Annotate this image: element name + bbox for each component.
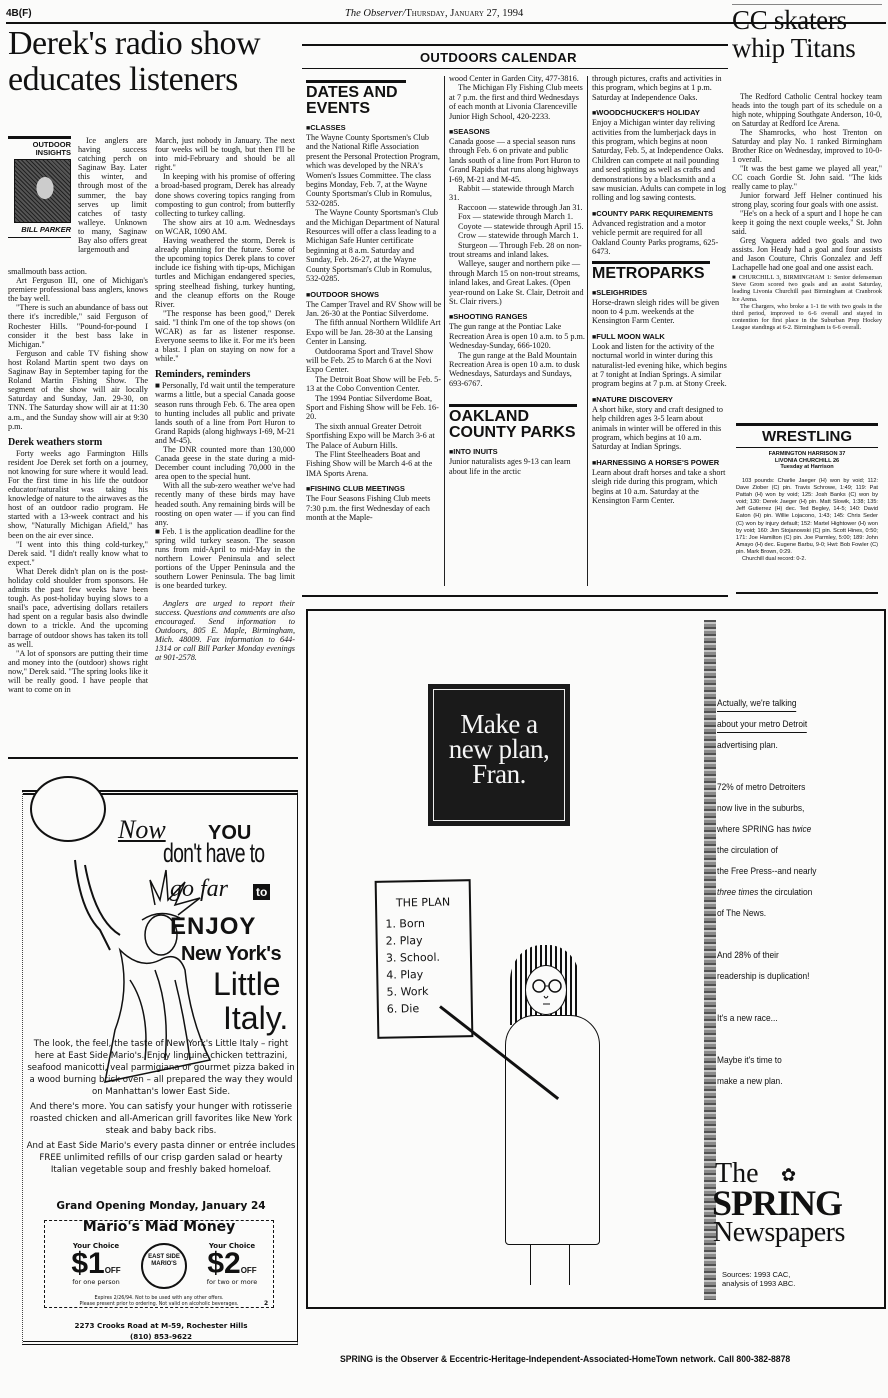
phone: (810) 853-9622 <box>26 1331 296 1342</box>
story-text-lead: Ice anglers are having success catching … <box>78 136 147 254</box>
copy-line: And 28% of their <box>717 945 862 966</box>
plan-list: 1. Born 2. Play 3. School. 4. Play 5. Wo… <box>385 914 471 1017</box>
ad-line-dont: don't have to <box>163 838 264 869</box>
category-head: SHOOTING RANGES <box>449 312 585 322</box>
amount: $2 <box>207 1247 240 1280</box>
plan-item: 4. Play <box>386 965 470 983</box>
column-sig-rule-bottom <box>8 237 71 238</box>
paragraph: With all the sub-zero weather we've had … <box>155 481 295 526</box>
fine-line: Please present prior to ordering. Not va… <box>44 1302 274 1308</box>
listing: Advanced registration and a motor vehicl… <box>592 219 728 257</box>
hockey-headline: CC skaters whip Titans <box>732 6 888 62</box>
section-head-metroparks: METROPARKS <box>592 261 710 282</box>
listing: Learn about draft horses and take a shor… <box>592 468 728 506</box>
grand-opening: Grand Opening Monday, January 24 <box>26 1200 296 1212</box>
calendar-title: OUTDOORS CALENDAR <box>420 50 577 65</box>
easel-title: THE PLAN <box>377 895 469 910</box>
paragraph: "I went into this thing cold-turkey," De… <box>8 540 148 567</box>
ad-word-italy: Italy. <box>223 1000 288 1037</box>
for-label: for one person <box>56 1278 136 1286</box>
listing: The Michigan Fly Fishing Club meets at 7… <box>449 83 585 121</box>
category-head: FULL MOON WALK <box>592 332 728 342</box>
calendar-top-rule <box>302 44 728 46</box>
coupon-right: Your Choice $2OFF for two or more <box>192 1242 272 1286</box>
address: 2273 Crooks Road at M-59, Rochester Hill… <box>26 1320 296 1331</box>
ad-paragraph: And at East Side Mario's every pasta din… <box>26 1140 296 1176</box>
ad-word-to: to <box>253 884 270 900</box>
category-head: FISHING CLUB MEETINGS <box>306 484 442 494</box>
sources: Sources: 1993 CAC, analysis of 1993 ABC. <box>722 1270 795 1288</box>
spring-footer: SPRING is the Observer & Eccentric-Herit… <box>340 1354 790 1364</box>
sources-line: analysis of 1993 ABC. <box>722 1279 795 1288</box>
paragraph: "The response has been good," Derek said… <box>155 309 295 364</box>
wrestling-results: 103 pounds: Charlie Jaeger (H) won by vo… <box>736 478 878 563</box>
ad-copy: The look, the feel, the taste of New Yor… <box>26 1038 296 1179</box>
logo-spring: SPRING <box>712 1186 842 1220</box>
ad-word-enjoy: ENJOY <box>170 913 256 941</box>
paragraph: Ice anglers are having success catching … <box>78 136 147 254</box>
paragraph: March, just nobody in January. The next … <box>155 136 295 172</box>
fine-print: Expires 2/26/94. Not to be used with any… <box>44 1296 274 1308</box>
coupon-number: 2 <box>264 1300 268 1307</box>
copy-line: the circulation <box>758 887 812 898</box>
paragraph: Art Ferguson III, one of Michigan's prem… <box>8 276 148 303</box>
calendar-column-3: through pictures, crafts and activities … <box>592 74 728 505</box>
copy-line: advertising plan. <box>717 735 862 756</box>
calendar-title-rule <box>302 68 728 69</box>
logo-newspapers: Newspapers <box>713 1218 845 1248</box>
paragraph: ■ Feb. 1 is the application deadline for… <box>155 527 295 591</box>
copy-line: Actually, we're talking <box>717 697 797 712</box>
listing: The fifth annual Northern Wildlife Art E… <box>306 318 442 346</box>
category-head: COUNTY PARK REQUIREMENTS <box>592 209 728 219</box>
woman-body-icon <box>505 1015 600 1245</box>
page-folio: 4B(F) <box>6 8 32 19</box>
subhead: Derek weathers storm <box>8 437 148 448</box>
paragraph: The DNR counted more than 130,000 Canada… <box>155 445 295 481</box>
listing: Crow — statewide through March 1. <box>449 231 585 240</box>
box-line: Fran. <box>428 762 570 787</box>
copy-line: where SPRING has <box>717 824 792 835</box>
ad-line-gofar: go far <box>170 876 228 903</box>
paragraph: In keeping with his promise of offering … <box>155 172 295 217</box>
paragraph: "A lot of sponsors are putting their tim… <box>8 649 148 694</box>
story-column-1: smallmouth bass action. Art Ferguson III… <box>8 267 148 694</box>
listing: The gun range at the Bald Mountain Recre… <box>449 351 585 389</box>
column-label: OUTDOOR INSIGHTS <box>8 141 71 157</box>
listing: Enjoy a Michigan winter day reliving act… <box>592 118 728 203</box>
listing: The Detroit Boat Show will be Feb. 5-13 … <box>306 375 442 394</box>
paragraph: Junior forward Jeff Helner continued his… <box>732 191 882 209</box>
paragraph: The Shamrocks, who host Trenton on Satur… <box>732 128 882 164</box>
listing: through pictures, crafts and activities … <box>592 74 728 102</box>
plan-item: 1. Born <box>385 914 469 932</box>
listing: Coyote — statewide through April 15. <box>449 222 585 231</box>
copy-line: It's a new race... <box>717 1008 862 1029</box>
wrestling-meta: FARMINGTON HARRISON 37 LIVONIA CHURCHILL… <box>736 451 878 471</box>
listing: Sturgeon — Through Feb. 28 on non-trout … <box>449 241 585 260</box>
coupon-left: Your Choice $1OFF for one person <box>56 1242 136 1286</box>
author-photo <box>14 159 71 223</box>
coupon-title: Mario's Mad Money <box>44 1219 274 1235</box>
copy-line: the circulation of <box>717 840 862 861</box>
listing: The 1994 Pontiac Silverdome Boat, Sport … <box>306 394 442 422</box>
copy-line: of The News. <box>717 903 862 924</box>
paragraph: "It was the best game we played all year… <box>732 164 882 191</box>
category-head: INTO INUITS <box>449 447 585 457</box>
make-a-new-plan-box: Make a new plan, Fran. <box>428 684 570 826</box>
listing: The Wayne County Sportsman's Club and th… <box>306 208 442 283</box>
brief: The Chargers, who broke a 1-1 tie with t… <box>732 303 882 332</box>
copy-line: make a new plan. <box>717 1071 862 1092</box>
paragraph: Having weathered the storm, Derek is alr… <box>155 236 295 309</box>
copy-line: 72% of metro Detroiters <box>717 777 862 798</box>
category-head: WOODCHUCKER'S HOLIDAY <box>592 108 728 118</box>
copy-line: readership is duplication! <box>717 966 862 987</box>
category-head: HARNESSING A HORSE'S POWER <box>592 458 728 468</box>
hockey-story: The Redford Catholic Central hockey team… <box>732 92 882 332</box>
category-head: CLASSES <box>306 123 442 133</box>
listing: The Wayne County Sportsmen's Club and th… <box>306 133 442 208</box>
ad-paragraph: And there's more. You can satisfy your h… <box>26 1101 296 1137</box>
copy-line: now live in the suburbs, <box>717 798 862 819</box>
ad-word-now: Now <box>118 815 166 845</box>
plan-item: 2. Play <box>386 931 470 949</box>
paragraph: ■ Personally, I'd wait until the tempera… <box>155 381 295 445</box>
column-divider <box>444 76 445 586</box>
listing: The gun range at the Pontiac Lake Recrea… <box>449 322 585 350</box>
author-byline: BILL PARKER <box>8 226 71 234</box>
listing: Horse-drawn sleigh rides will be given n… <box>592 298 728 326</box>
plan-item: 6. Die <box>387 999 471 1017</box>
paragraph: "There is such an abundance of bass out … <box>8 303 148 348</box>
listing: Rabbit — statewide through March 31. <box>449 184 585 203</box>
column-sig-rule <box>8 136 71 139</box>
off-label: OFF <box>241 1266 257 1275</box>
story-headline: Derek's radio show educates listeners <box>8 26 280 98</box>
marios-seal-icon: EAST SIDE MARIO'S <box>141 1243 187 1289</box>
paragraph: What Derek didn't plan on is the post-ho… <box>8 567 148 649</box>
paragraph: smallmouth bass action. <box>8 267 148 276</box>
listing: Fox — statewide through March 1. <box>449 212 585 221</box>
ad-address: 2273 Crooks Road at M-59, Rochester Hill… <box>26 1320 296 1342</box>
listing: The sixth annual Greater Detroit Sportfi… <box>306 422 442 450</box>
paragraph: Greg Vaquera added two goals and two ass… <box>732 236 882 272</box>
listing: Canada goose — a special season runs thr… <box>449 137 585 184</box>
listing: Walleye, sauger and northern pike — thro… <box>449 259 585 306</box>
spring-copy: Actually, we're talking about your metro… <box>717 693 862 1092</box>
listing: wood Center in Garden City, 477-3816. <box>449 74 585 83</box>
section-head-oakland: OAKLAND COUNTY PARKS <box>449 404 577 441</box>
category-head: SLEIGHRIDES <box>592 288 728 298</box>
wrestling-head: WRESTLING <box>736 423 878 448</box>
listing: Raccoon — statewide through Jan 31. <box>449 203 585 212</box>
masthead-publication: The Observer/ <box>345 8 405 19</box>
category-head: NATURE DISCOVERY <box>592 395 728 405</box>
reader-note: Anglers are urged to report their succes… <box>155 599 295 663</box>
woman-legs-icon <box>530 1245 570 1285</box>
paragraph: The show airs at 10 a.m. Wednesdays on W… <box>155 218 295 236</box>
listing: The Flint Steelheaders Boat and Fishing … <box>306 450 442 478</box>
category-head: SEASONS <box>449 127 585 137</box>
meta-line: LIVONIA CHURCHILL 26 <box>736 458 878 465</box>
calendar-column-2: wood Center in Garden City, 477-3816. Th… <box>449 74 585 476</box>
plan-easel: THE PLAN 1. Born 2. Play 3. School. 4. P… <box>375 879 474 1039</box>
calendar-end-rule <box>302 595 728 597</box>
paragraph: The Redford Catholic Central hockey team… <box>732 92 882 128</box>
listing: A short hike, story and craft designed t… <box>592 405 728 452</box>
meta-line: Tuesday at Harrison <box>736 464 878 471</box>
listing: Junior naturalists ages 9-13 can learn a… <box>449 457 585 476</box>
paragraph: "He's on a heck of a spurt and I hope he… <box>732 209 882 236</box>
listing: Outdoorama Sport and Travel Show will be… <box>306 347 442 375</box>
masthead: The Observer/Thursday, January 27, 1994 <box>345 8 523 19</box>
copy-line: the Free Press--and nearly <box>717 861 862 882</box>
ad-paragraph: The look, the feel, the taste of New Yor… <box>26 1038 296 1098</box>
column-sig: OUTDOOR INSIGHTS BILL PARKER <box>8 136 71 238</box>
story-end-rule <box>8 757 298 759</box>
story-column-2: March, just nobody in January. The next … <box>155 136 295 662</box>
copy-emphasis: twice <box>792 824 811 835</box>
ad-word-little: Little <box>213 966 281 1003</box>
sources-line: Sources: 1993 CAC, <box>722 1270 795 1279</box>
amount: $1 <box>71 1247 104 1280</box>
section-head-dates: DATES AND EVENTS <box>306 80 406 117</box>
off-label: OFF <box>105 1266 121 1275</box>
column-divider <box>587 76 588 586</box>
copy-line: Maybe it's time to <box>717 1050 862 1071</box>
category-head: OUTDOOR SHOWS <box>306 290 442 300</box>
dual-record: Churchill dual record: 0-2. <box>736 556 878 563</box>
paragraph: Ferguson and cable TV fishing show host … <box>8 349 148 431</box>
ad-word-newyorks: New York's <box>181 943 281 966</box>
copy-line: about your metro Detroit <box>717 718 807 733</box>
masthead-date: Thursday, January 27, 1994 <box>405 8 523 19</box>
right-bottom-rule <box>736 592 878 594</box>
copy-emphasis: three times <box>717 887 758 898</box>
listing: The Camper Travel and RV Show will be Ja… <box>306 300 442 319</box>
paragraph: Forty weeks ago Farmington Hills residen… <box>8 449 148 540</box>
plan-item: 3. School. <box>386 948 470 966</box>
subhead: Reminders, reminders <box>155 369 295 380</box>
plan-item: 5. Work <box>386 982 470 1000</box>
calendar-column-1: DATES AND EVENTS CLASSES The Wayne Count… <box>306 76 442 522</box>
woman-face-icon <box>525 965 567 1015</box>
for-label: for two or more <box>192 1278 272 1286</box>
meta-line: FARMINGTON HARRISON 37 <box>736 451 878 458</box>
listing: The Four Seasons Fishing Club meets 7:30… <box>306 494 442 522</box>
results-text: 103 pounds: Charlie Jaeger (H) won by vo… <box>736 478 878 556</box>
brief: ■ CHURCHILL 3, BIRMINGHAM 1: Senior defe… <box>732 274 882 303</box>
listing: Look and listen for the activity of the … <box>592 342 728 389</box>
